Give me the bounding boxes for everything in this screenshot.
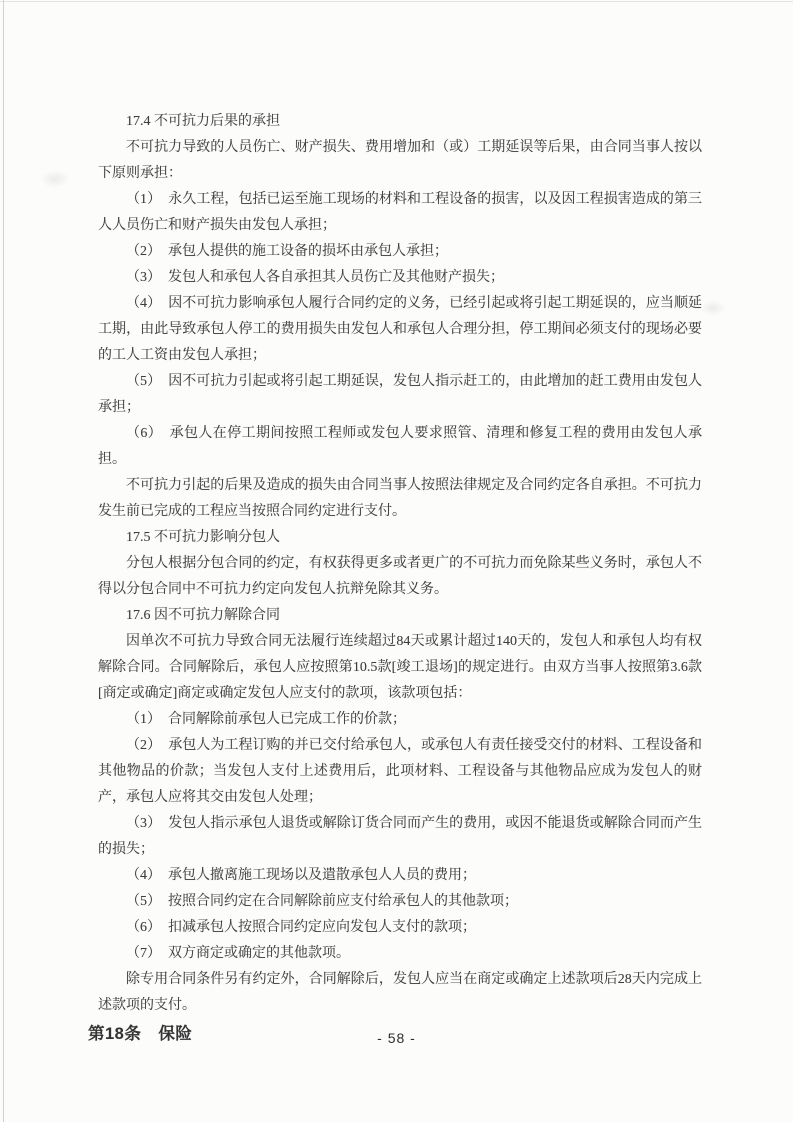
list-item: （4） 承包人撤离施工现场以及遣散承包人人员的费用； <box>98 863 702 889</box>
scan-smudge <box>40 170 70 188</box>
document-body: 17.4 不可抗力后果的承担 不可抗力导致的人员伤亡、财产损失、费用增加和（或）… <box>98 109 702 1047</box>
list-item: （6） 扣减承包人按照合同约定应向发包人支付的款项； <box>98 915 702 941</box>
scan-smudge <box>700 300 726 316</box>
page-number: - 58 - <box>377 1030 416 1046</box>
list-item: （6） 承包人在停工期间按照工程师或发包人要求照管、清理和修复工程的费用由发包人… <box>98 421 702 473</box>
scan-edge-left <box>3 0 4 1122</box>
paragraph: 除专用合同条件另有约定外，合同解除后，发包人应当在商定或确定上述款项后28天内完… <box>98 967 702 1019</box>
list-item: （3） 发包人指示承包人退货或解除订货合同而产生的费用，或因不能退货或解除合同而… <box>98 811 702 863</box>
paragraph: 因单次不可抗力导致合同无法履行连续超过84天或累计超过140天的，发包人和承包人… <box>98 629 702 707</box>
list-item: （3） 发包人和承包人各自承担其人员伤亡及其他财产损失； <box>98 265 702 291</box>
list-item: （5） 因不可抗力引起或将引起工期延误，发包人指示赶工的，由此增加的赶工费用由发… <box>98 369 702 421</box>
list-item: （2） 承包人提供的施工设备的损坏由承包人承担； <box>98 239 702 265</box>
list-item: （5） 按照合同约定在合同解除前应支付给承包人的其他款项； <box>98 889 702 915</box>
list-item: （7） 双方商定或确定的其他款项。 <box>98 941 702 967</box>
paragraph: 分包人根据分包合同的约定，有权获得更多或者更广的不可抗力而免除某些义务时，承包人… <box>98 551 702 603</box>
clause-heading: 17.4 不可抗力后果的承担 <box>98 109 702 135</box>
paragraph: 不可抗力引起的后果及造成的损失由合同当事人按照法律规定及合同约定各自承担。不可抗… <box>98 473 702 525</box>
list-item: （1） 合同解除前承包人已完成工作的价款； <box>98 707 702 733</box>
list-item: （2） 承包人为工程订购的并已交付给承包人，或承包人有责任接受交付的材料、工程设… <box>98 733 702 811</box>
scanned-document-page: 17.4 不可抗力后果的承担 不可抗力导致的人员伤亡、财产损失、费用增加和（或）… <box>0 0 793 1122</box>
clause-17-6: 17.6 因不可抗力解除合同 因单次不可抗力导致合同无法履行连续超过84天或累计… <box>98 603 702 1019</box>
list-item: （1） 永久工程，包括已运至施工现场的材料和工程设备的损害，以及因工程损害造成的… <box>98 187 702 239</box>
scan-edge-top <box>0 1 793 2</box>
clause-heading: 17.5 不可抗力影响分包人 <box>98 525 702 551</box>
clause-heading: 17.6 因不可抗力解除合同 <box>98 603 702 629</box>
clause-17-5: 17.5 不可抗力影响分包人 分包人根据分包合同的约定，有权获得更多或者更广的不… <box>98 525 702 603</box>
paragraph: 不可抗力导致的人员伤亡、财产损失、费用增加和（或）工期延误等后果，由合同当事人按… <box>98 135 702 187</box>
list-item: （4） 因不可抗力影响承包人履行合同约定的义务，已经引起或将引起工期延误的，应当… <box>98 291 702 369</box>
clause-17-4: 17.4 不可抗力后果的承担 不可抗力导致的人员伤亡、财产损失、费用增加和（或）… <box>98 109 702 525</box>
page-footer: - 58 - <box>0 1030 793 1046</box>
